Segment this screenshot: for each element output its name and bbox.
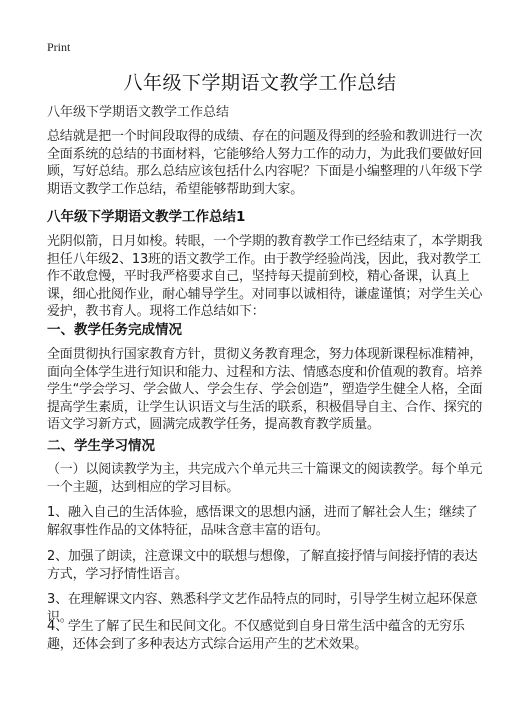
part1-heading: 一、教学任务完成情况 bbox=[47, 318, 182, 338]
part2-paragraph-0: （一）以阅读教学为主，共完成六个单元共三十篇课文的阅读教学。每个单元一个主题，达… bbox=[47, 461, 487, 496]
section-heading: 八年级下学期语文教学工作总结1 bbox=[47, 205, 245, 225]
part2-heading: 二、学生学习情况 bbox=[47, 434, 155, 454]
part2-paragraph-4: 4、学生了解了民生和民间文化。不仅感觉到自身日常生活中蕴含的无穷乐趣，还体会到了… bbox=[47, 618, 487, 653]
intro-paragraph: 总结就是把一个时间段取得的成绩、存在的问题及得到的经验和教训进行一次全面系统的总… bbox=[47, 128, 487, 198]
part2-paragraph-2: 2、加强了朗读，注意课文中的联想与想像，了解直接抒情与间接抒情的表达方式，学习抒… bbox=[47, 548, 487, 583]
print-label[interactable]: Print bbox=[47, 40, 70, 55]
document-title: 八年级下学期语文教学工作总结 bbox=[0, 68, 520, 95]
part2-paragraph-1: 1、融入自己的生活体验，感悟课文的思想内涵，进而了解社会人生；继续了解叙事性作品… bbox=[47, 504, 487, 539]
part1-paragraph: 全面贯彻执行国家教育方针，贯彻义务教育理念，努力体现新课程标准精神，面向全体学生… bbox=[47, 346, 487, 434]
section-paragraph: 光阴似箭，日月如梭。转眼，一个学期的教育教学工作已经结束了，本学期我担任八年级2… bbox=[47, 233, 487, 321]
document-subtitle: 八年级下学期语文教学工作总结 bbox=[47, 101, 229, 120]
